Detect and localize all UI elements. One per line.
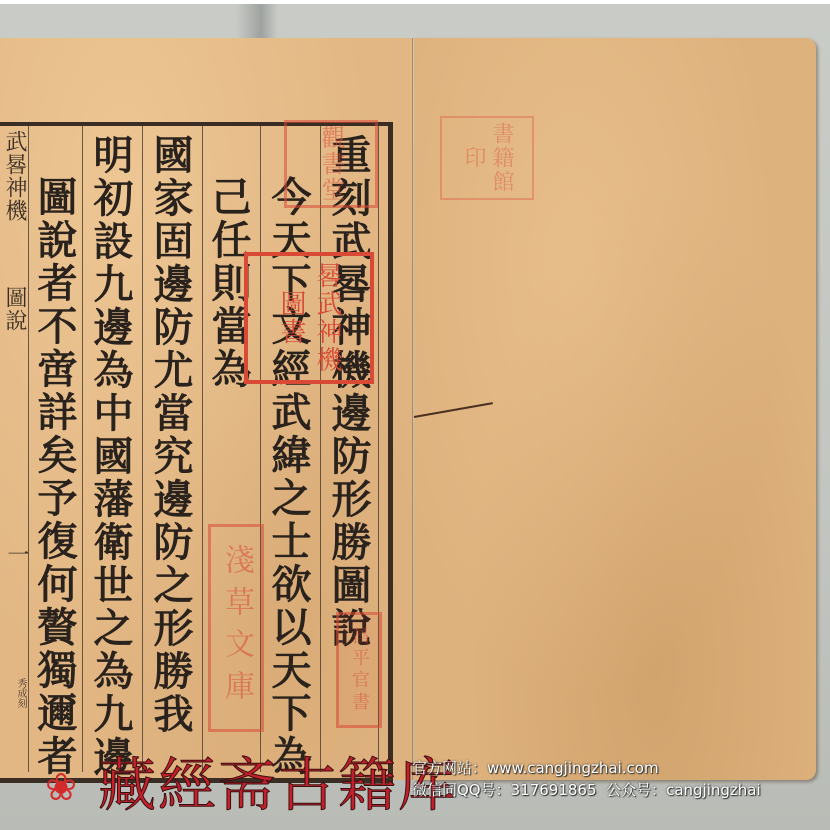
contact-number: 317691865 <box>511 781 597 799</box>
dragon-logo-icon: ❀ <box>38 764 84 810</box>
margin-page-number: 一 <box>4 543 28 566</box>
text-column-5: 明初設九邊為中國藩衛世之為九邊 <box>88 134 132 779</box>
contact-info: 官方网站：www.cangjingzhai.com 微信同QQ号：3176918… <box>412 757 761 801</box>
website-label: 官方网站： <box>412 759 487 777</box>
column-rule <box>320 126 321 772</box>
public-account-label: 公众号： <box>606 781 666 799</box>
spine-shadow <box>236 4 278 40</box>
text-column-6: 圖說者不啻詳矣予復何贅獨邇者 <box>32 176 76 778</box>
text-column-1: 重刻武晷神機邊防形勝圖說 <box>326 134 370 650</box>
website-link[interactable]: www.cangjingzhai.com <box>487 759 659 777</box>
seal-qian-cao-wen-ku: 淺草文庫 <box>208 524 264 732</box>
public-account: cangjingzhai <box>666 781 761 799</box>
paper-crack <box>414 402 493 418</box>
seal-faint-right: 書籍館印 <box>440 116 534 200</box>
left-page: 武晷神機 圖說 一 秀成刻 重刻武晷神機邊防形勝圖說 今天下文經武緯之士欲以天下… <box>0 38 413 780</box>
contact-label: 微信同QQ号： <box>412 781 511 799</box>
text-column-4: 國家固邊防尤當究邊防之形勝我 <box>148 134 192 736</box>
column-rule <box>28 126 29 772</box>
margin-section: 圖說 <box>2 286 26 332</box>
margin-title: 武晷神機 <box>2 130 26 222</box>
seal-top: 觀書堂 <box>284 120 378 208</box>
column-rule <box>202 126 203 772</box>
column-rule <box>82 126 83 772</box>
seal-small: 昌平官書 <box>336 612 382 728</box>
carver-mark: 秀成刻 <box>14 678 26 708</box>
seal-middle: 晷武神機圖書 <box>244 252 374 384</box>
column-rule <box>142 126 143 772</box>
right-page: 書籍館印 <box>414 38 816 780</box>
brand-name: 藏經斋古籍库 <box>98 750 458 820</box>
